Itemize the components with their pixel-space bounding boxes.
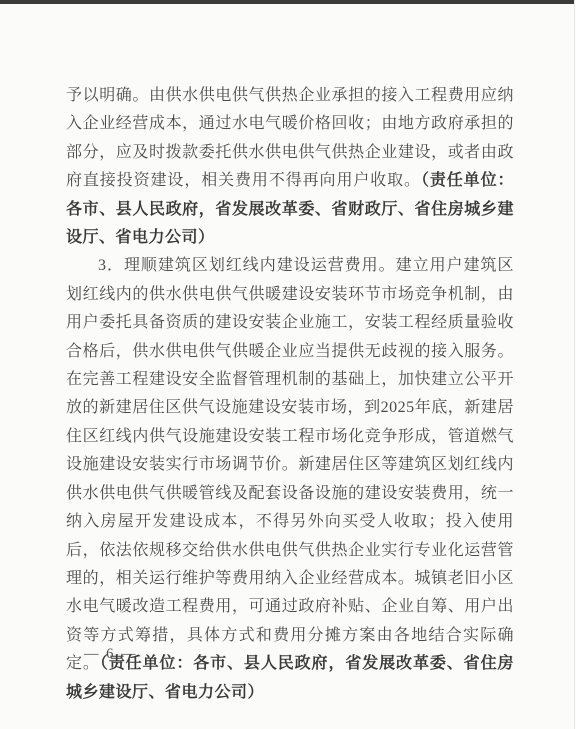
document-page: 予以明确。由供水供电供气供热企业承担的接入工程费用应纳入企业经营成本，通过水电气… [0, 0, 580, 729]
paragraph-continuation: 予以明确。由供水供电供气供热企业承担的接入工程费用应纳入企业经营成本，通过水电气… [66, 82, 514, 252]
page-number: — 6 — [84, 646, 138, 663]
paragraph-item-3: 3．理顺建筑区划红线内建设运营费用。建立用户建筑区划红线内的供水供电供气供暖建设… [66, 252, 514, 707]
scan-right-edge-artifact [574, 0, 580, 729]
paragraph-2-body-text: 3．理顺建筑区划红线内建设运营费用。建立用户建筑区划红线内的供水供电供气供暖建设… [66, 257, 514, 672]
scan-top-edge-artifact [0, 0, 580, 4]
document-body: 予以明确。由供水供电供气供热企业承担的接入工程费用应纳入企业经营成本，通过水电气… [66, 82, 514, 707]
